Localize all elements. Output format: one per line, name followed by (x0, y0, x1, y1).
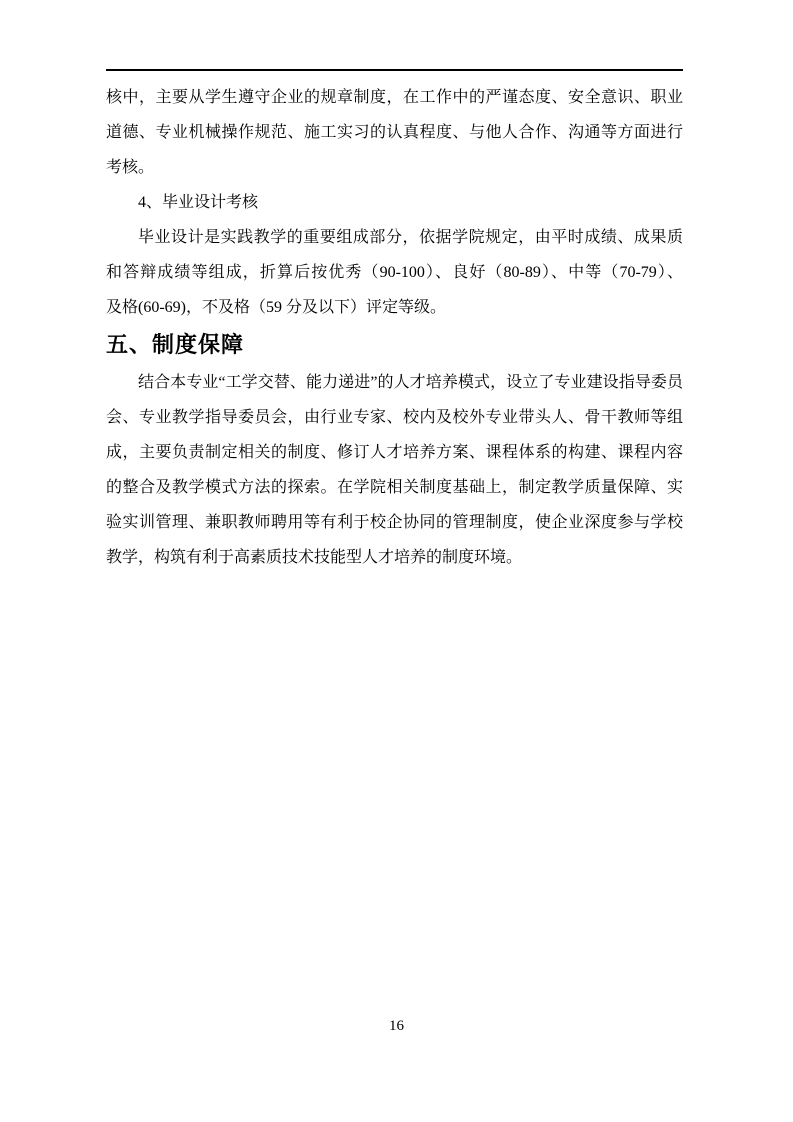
body-line: 核中，主要从学生遵守企业的规章制度，在工作中的严谨态度、安全意识、职业 (106, 80, 683, 115)
body-line: 考核。 (106, 150, 683, 185)
body-line: 会、专业教学指导委员会，由行业专家、校内及校外专业带头人、骨干教师等组 (106, 400, 683, 435)
page-content: 核中，主要从学生遵守企业的规章制度，在工作中的严谨态度、安全意识、职业 道德、专… (106, 80, 683, 575)
body-line: 教学，构筑有利于高素质技术技能型人才培养的制度环境。 (106, 540, 683, 575)
body-line: 成，主要负责制定相关的制度、修订人才培养方案、课程体系的构建、课程内容 (106, 435, 683, 470)
body-line: 验实训管理、兼职教师聘用等有利于校企协同的管理制度，使企业深度参与学校 (106, 505, 683, 540)
page-number: 16 (0, 1018, 793, 1035)
header-rule (106, 69, 683, 71)
body-line: 及格(60-69)，不及格（59 分及以下）评定等级。 (106, 290, 683, 325)
body-line: 的整合及教学模式方法的探索。在学院相关制度基础上，制定教学质量保障、实 (106, 470, 683, 505)
document-page: 核中，主要从学生遵守企业的规章制度，在工作中的严谨态度、安全意识、职业 道德、专… (0, 0, 793, 1122)
body-line: 和答辩成绩等组成，折算后按优秀（90-100）、良好（80-89）、中等（70-… (106, 255, 683, 290)
body-line: 道德、专业机械操作规范、施工实习的认真程度、与他人合作、沟通等方面进行 (106, 115, 683, 150)
subsection-item-4: 4、毕业设计考核 (106, 185, 683, 220)
body-line: 结合本专业“工学交替、能力递进”的人才培养模式，设立了专业建设指导委员 (106, 365, 683, 400)
body-line: 毕业设计是实践教学的重要组成部分，依据学院规定，由平时成绩、成果质量、 (106, 220, 683, 255)
section-heading-institutional-guarantee: 五、制度保障 (106, 325, 683, 365)
